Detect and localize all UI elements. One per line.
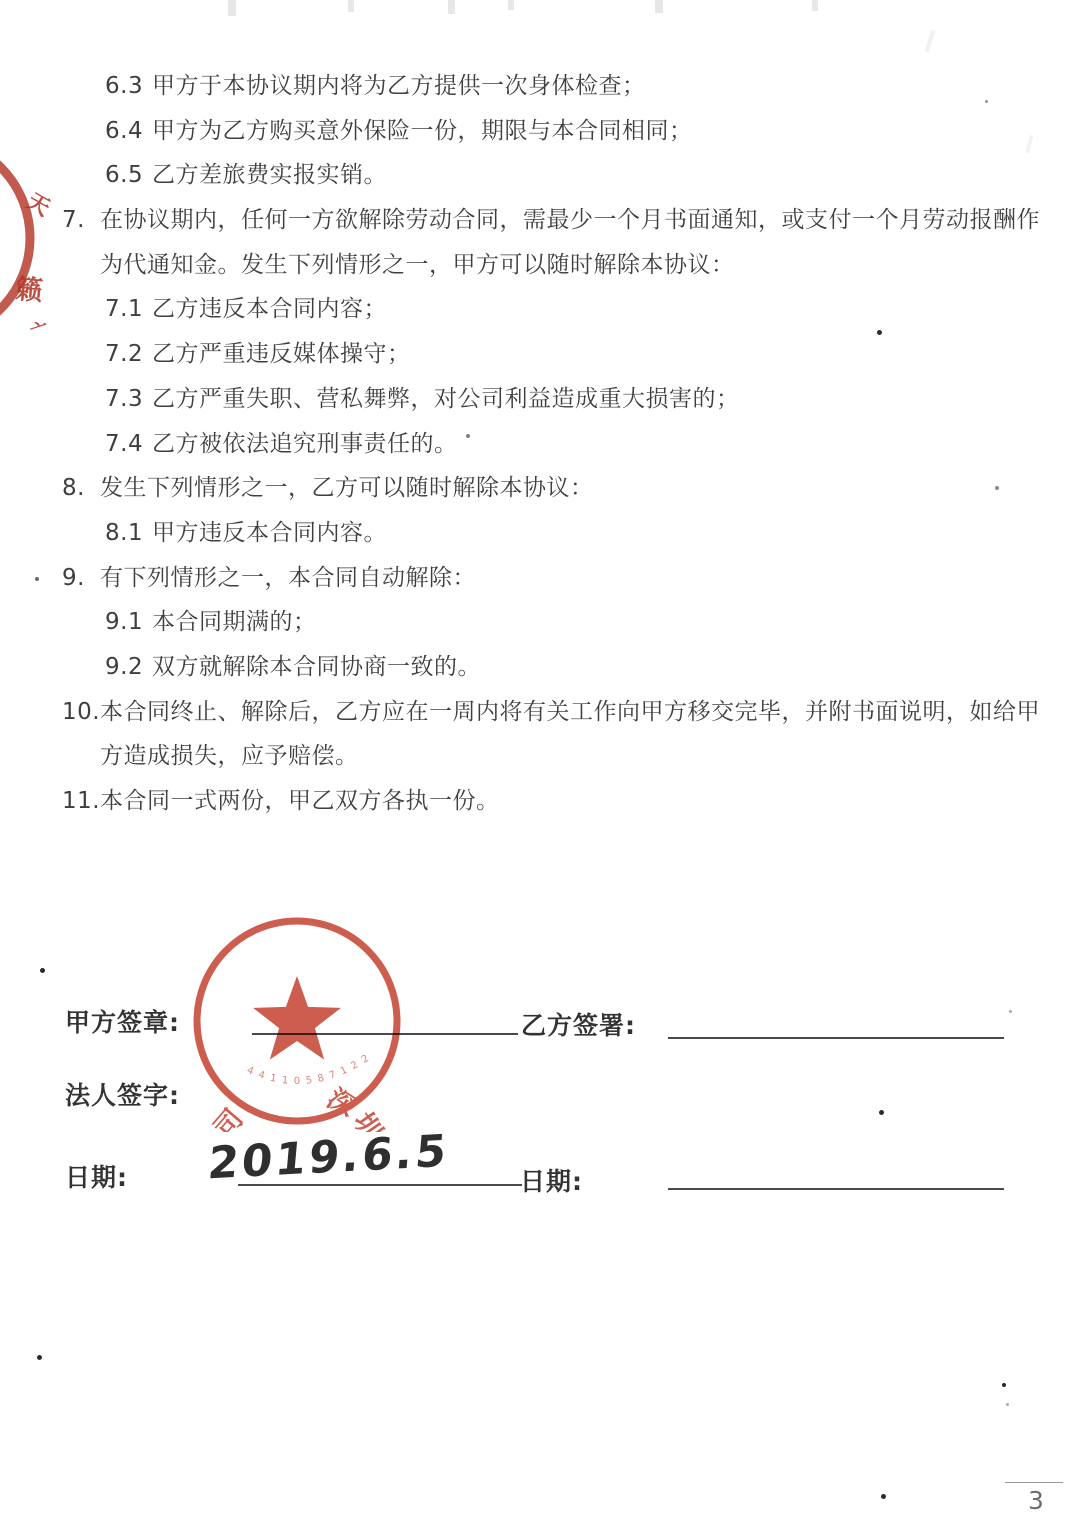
clause-text: 为代通知金。发生下列情形之一，甲方可以随时解除本协议： [100, 243, 735, 288]
clause-text: 乙方严重违反媒体操守； [152, 332, 411, 377]
clause-6-4: 6.4甲方为乙方购买意外保险一份，期限与本合同相同； [0, 109, 1080, 154]
handwritten-date: 2019.6.5 [206, 1126, 451, 1190]
clause-text: 甲方违反本合同内容。 [152, 511, 387, 556]
scan-smudge [812, 0, 818, 11]
scan-speck [1002, 1383, 1006, 1387]
party-a-seal-label: 甲方签章: [65, 1003, 180, 1039]
clause-text: 本合同一式两份，甲乙双方各执一份。 [100, 779, 500, 824]
clause-text: 乙方违反本合同内容； [152, 287, 387, 332]
clause-number: 8.1 [105, 511, 143, 556]
clause-7-2: 7.2乙方严重违反媒体操守； [0, 332, 1080, 377]
clause-7-1: 7.1乙方违反本合同内容； [0, 287, 1080, 332]
seam-seal-fragment [0, 150, 70, 340]
clause-number: 10. [62, 690, 100, 735]
clause-9-1: 9.1本合同期满的； [0, 600, 1080, 645]
contract-page: 6.3甲方于本协议期内将为乙方提供一次身体检查； 6.4甲方为乙方购买意外保险一… [0, 0, 1080, 1526]
clause-10: 10.本合同终止、解除后，乙方应在一周内将有关工作向甲方移交完毕，并附书面说明，… [0, 690, 1080, 735]
legal-rep-sign-label: 法人签字: [65, 1076, 180, 1112]
scan-speck [35, 577, 39, 581]
scan-speck [985, 100, 988, 103]
scan-smudge [228, 0, 236, 16]
clause-9: 9.有下列情形之一，本合同自动解除： [0, 556, 1080, 601]
clause-7-continued: 为代通知金。发生下列情形之一，甲方可以随时解除本协议： [0, 243, 1080, 288]
clause-number: 7.2 [105, 332, 143, 377]
scan-speck [466, 434, 470, 438]
clause-text: 有下列情形之一，本合同自动解除： [100, 556, 476, 601]
page-number: 3 [1028, 1486, 1044, 1515]
clause-text: 乙方差旅费实报实销。 [152, 153, 387, 198]
clause-number: 9.2 [105, 645, 143, 690]
clause-text: 乙方严重失职、营私舞弊，对公司利益造成重大损害的； [152, 377, 740, 422]
scan-speck [995, 486, 999, 490]
scan-speck [1006, 1403, 1009, 1406]
clause-8-1: 8.1甲方违反本合同内容。 [0, 511, 1080, 556]
scan-speck [881, 1494, 886, 1499]
clause-text: 发生下列情形之一，乙方可以随时解除本协议： [100, 466, 594, 511]
scan-smudge [448, 0, 455, 14]
scan-speck [877, 330, 882, 335]
clause-text: 本合同终止、解除后，乙方应在一周内将有关工作向甲方移交完毕，并附书面说明，如给甲 [100, 690, 1040, 735]
clause-number: 9.1 [105, 600, 143, 645]
scan-speck [37, 1355, 42, 1360]
page-footer-line [1005, 1482, 1063, 1483]
clause-text: 甲方于本协议期内将为乙方提供一次身体检查； [152, 64, 646, 109]
clause-number: 6.5 [105, 153, 143, 198]
seal-star-icon [253, 976, 341, 1060]
party-b-signature-line [668, 1037, 1004, 1039]
date-right-label: 日期: [520, 1162, 583, 1198]
scan-smudge [655, 0, 663, 13]
clause-text: 本合同期满的； [152, 600, 317, 645]
clause-6-3: 6.3甲方于本协议期内将为乙方提供一次身体检查； [0, 64, 1080, 109]
scan-smudge [925, 30, 936, 52]
clause-number: 11. [62, 779, 100, 824]
scan-speck [879, 1110, 884, 1115]
clause-9-2: 9.2双方就解除本合同协商一致的。 [0, 645, 1080, 690]
clause-text: 甲方为乙方购买意外保险一份，期限与本合同相同； [152, 109, 693, 154]
clause-number: 7.4 [105, 422, 143, 467]
scan-smudge [348, 0, 354, 12]
company-seal-stamp: 深圳市天籁文化传播有限公司 441105871220 [186, 910, 408, 1132]
clause-11: 11.本合同一式两份，甲乙双方各执一份。 [0, 779, 1080, 824]
clause-text: 在协议期内，任何一方欲解除劳动合同，需最少一个月书面通知，或支付一个月劳动报酬作 [100, 198, 1040, 243]
clause-text: 双方就解除本合同协商一致的。 [152, 645, 481, 690]
date-right-line [668, 1188, 1004, 1190]
scan-speck [40, 968, 45, 973]
clause-text: 方造成损失，应予赔偿。 [100, 734, 359, 779]
clause-6-5: 6.5乙方差旅费实报实销。 [0, 153, 1080, 198]
clause-list: 6.3甲方于本协议期内将为乙方提供一次身体检查； 6.4甲方为乙方购买意外保险一… [0, 64, 1080, 824]
date-left-label: 日期: [65, 1158, 128, 1194]
seam-seal-char: 籁 [14, 267, 44, 308]
scan-speck [1009, 1010, 1012, 1013]
scan-smudge [508, 0, 514, 10]
party-b-sign-label: 乙方签署: [521, 1006, 636, 1042]
clause-number: 7.3 [105, 377, 143, 422]
clause-number: 9. [62, 556, 85, 601]
clause-number: 6.4 [105, 109, 143, 154]
clause-7: 7.在协议期内，任何一方欲解除劳动合同，需最少一个月书面通知，或支付一个月劳动报… [0, 198, 1080, 243]
clause-8: 8.发生下列情形之一，乙方可以随时解除本协议： [0, 466, 1080, 511]
clause-7-3: 7.3乙方严重失职、营私舞弊，对公司利益造成重大损害的； [0, 377, 1080, 422]
clause-10-continued: 方造成损失，应予赔偿。 [0, 734, 1080, 779]
clause-text: 乙方被依法追究刑事责任的。 [152, 422, 458, 467]
clause-number: 7.1 [105, 287, 143, 332]
clause-number: 8. [62, 466, 85, 511]
clause-number: 6.3 [105, 64, 143, 109]
clause-7-4: 7.4乙方被依法追究刑事责任的。 [0, 422, 1080, 467]
